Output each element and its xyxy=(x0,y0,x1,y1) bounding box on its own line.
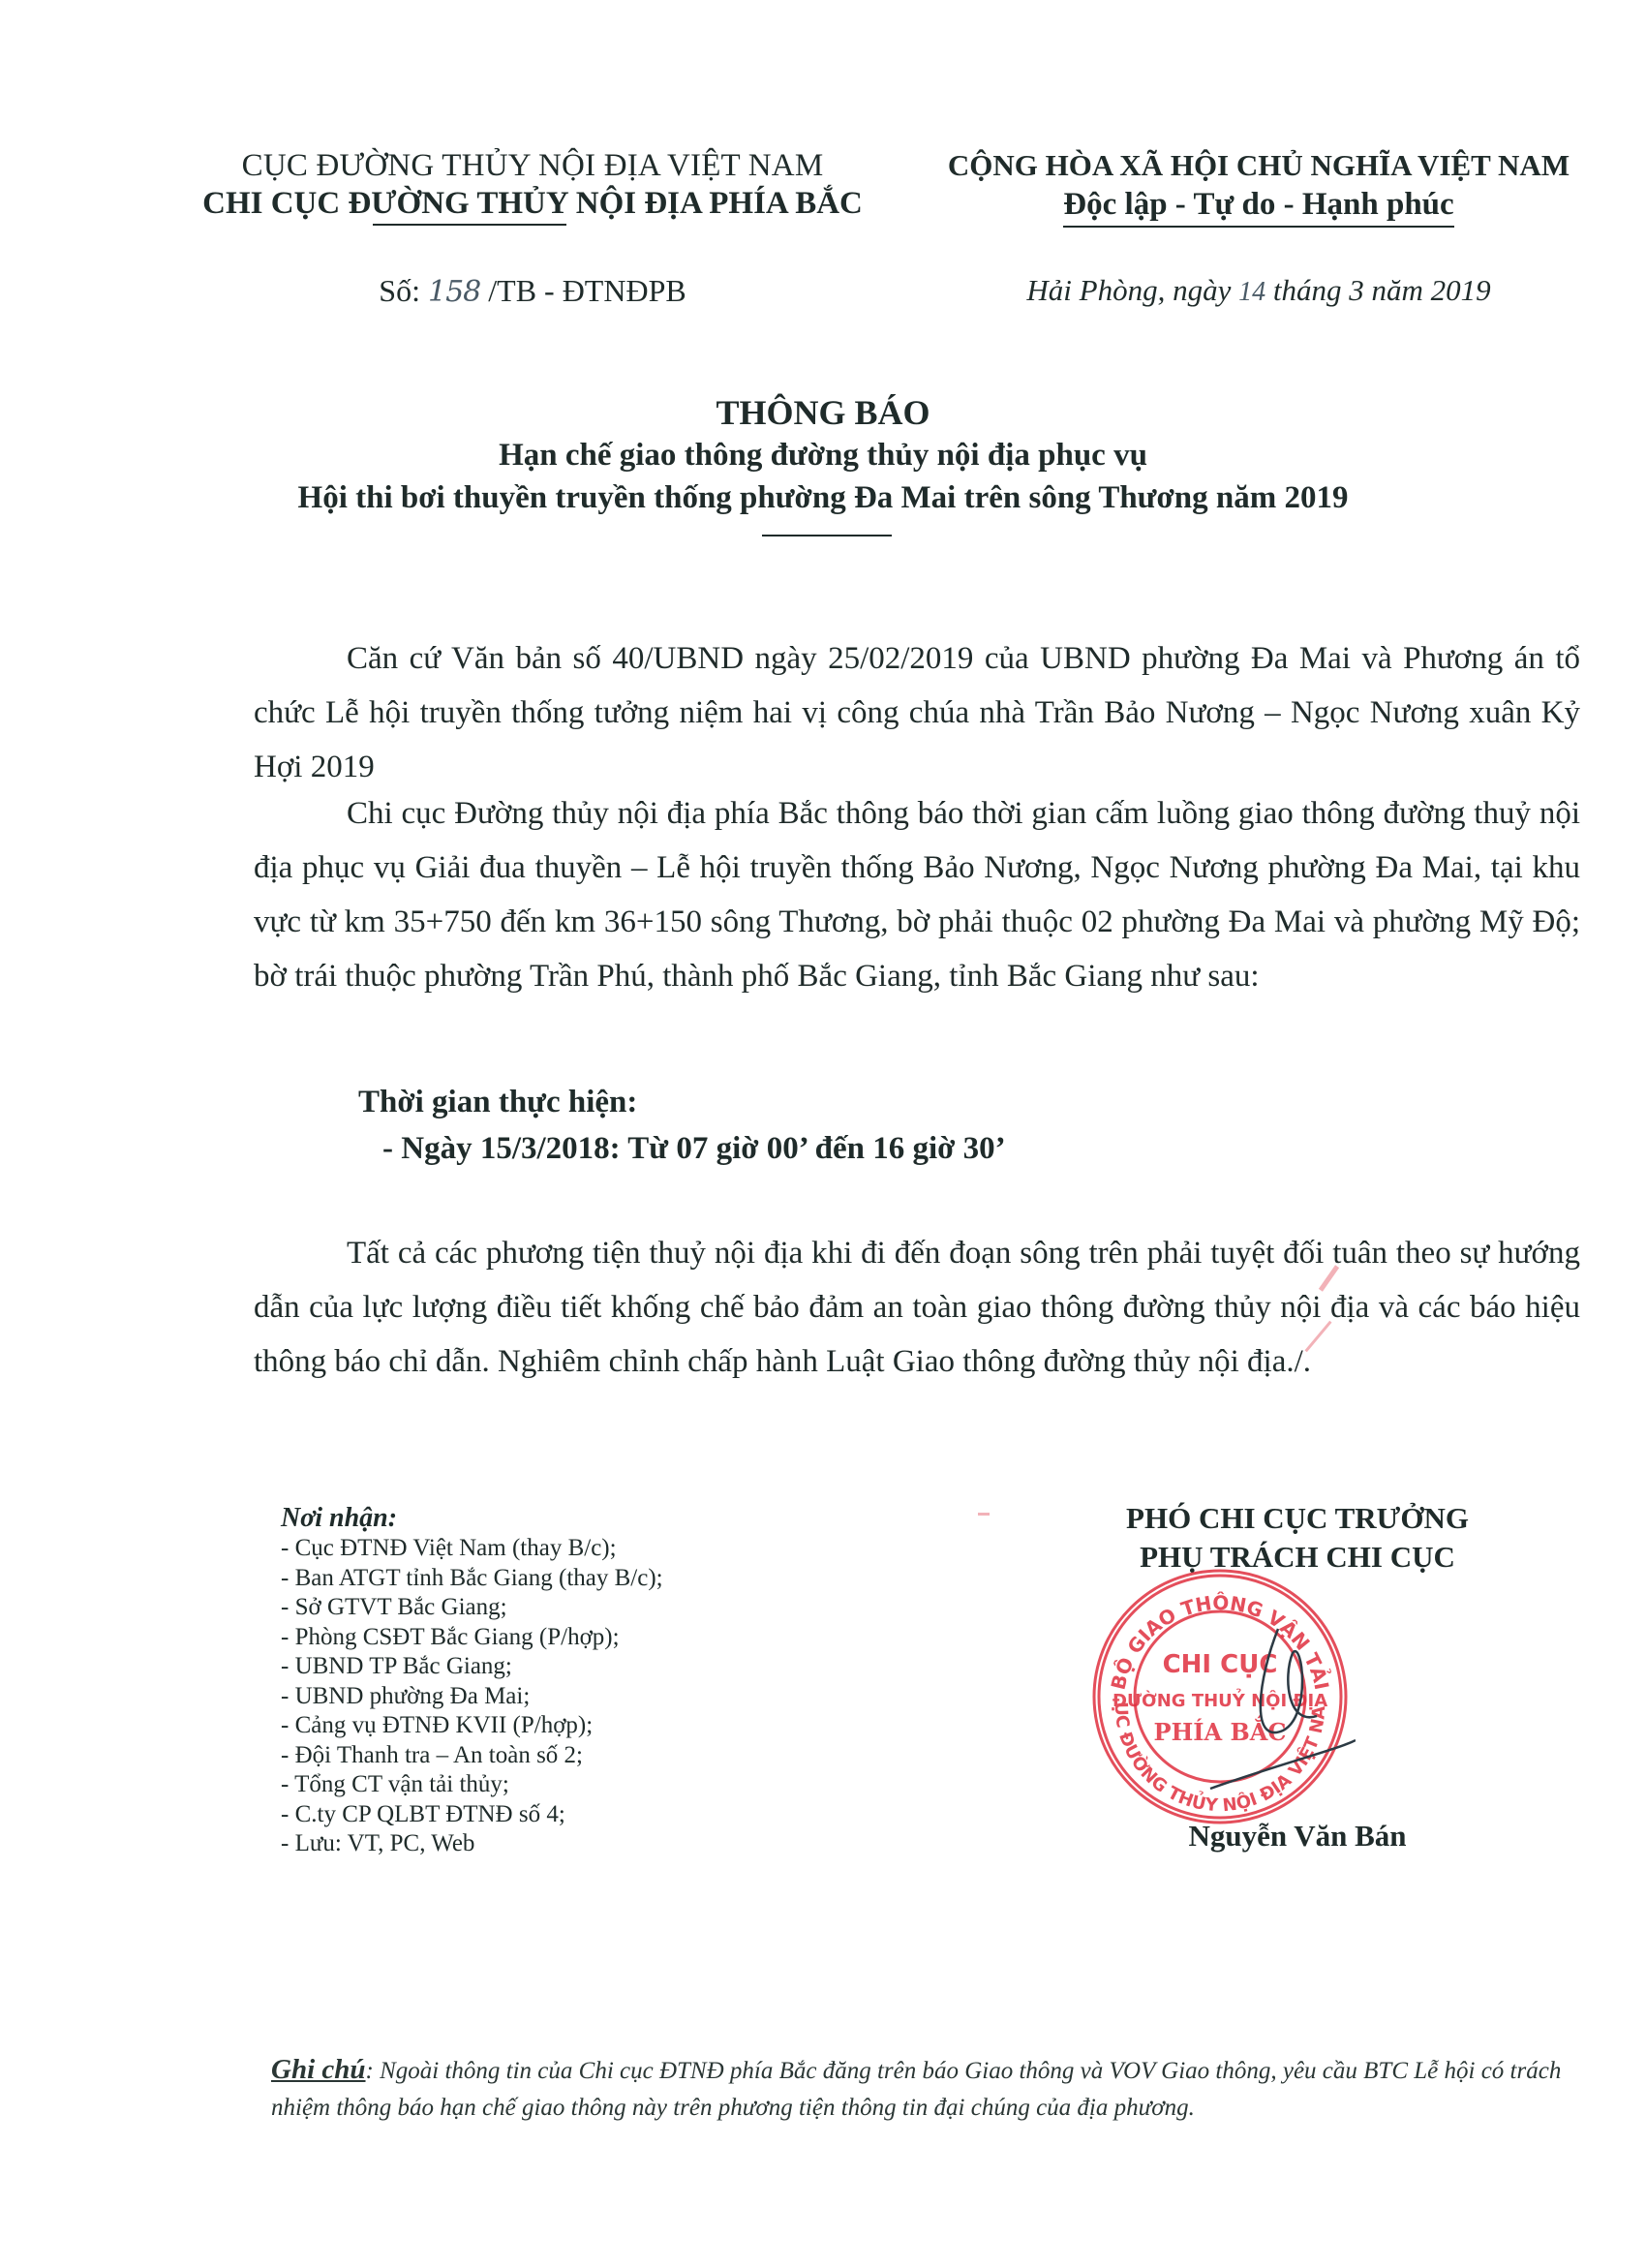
recipient-item: - Đội Thanh tra – An toàn số 2; xyxy=(281,1741,862,1771)
recipients-list: Nơi nhận: - Cục ĐTNĐ Việt Nam (thay B/c)… xyxy=(281,1503,862,1859)
recipients-heading: Nơi nhận: xyxy=(281,1503,862,1534)
issuing-agency-block: CỤC ĐƯỜNG THỦY NỘI ĐỊA VIỆT NAM CHI CỤC … xyxy=(145,147,920,223)
footnote-label: Ghi chú xyxy=(271,2054,366,2085)
national-motto: Độc lập - Tự do - Hạnh phúc xyxy=(1063,184,1453,228)
notice-subtitle-2: Hội thi bơi thuyền truyền thống phường Đ… xyxy=(0,476,1646,519)
issuing-agency: CHI CỤC ĐƯỜNG THỦY NỘI ĐỊA PHÍA BẮC xyxy=(145,184,920,223)
date-prefix: Hải Phòng, ngày xyxy=(1026,273,1231,307)
notice-subtitle-1: Hạn chế giao thông đường thủy nội địa ph… xyxy=(0,434,1646,476)
recipient-item: - Sở GTVT Bắc Giang; xyxy=(281,1593,862,1623)
date-suffix: tháng 3 năm 2019 xyxy=(1273,273,1491,307)
notice-title-block: THÔNG BÁO Hạn chế giao thông đường thủy … xyxy=(0,391,1646,519)
agency-underline xyxy=(373,224,566,226)
paragraph-basis: Căn cứ Văn bản số 40/UBND ngày 25/02/201… xyxy=(254,631,1580,794)
national-title: CỘNG HÒA XÃ HỘI CHỦ NGHĨA VIỆT NAM xyxy=(871,147,1646,184)
recipient-item: - Tổng CT vận tải thủy; xyxy=(281,1770,862,1800)
recipient-item: - Ban ATGT tỉnh Bắc Giang (thay B/c); xyxy=(281,1564,862,1594)
signer-name: Nguyễn Văn Bán xyxy=(1055,1819,1539,1854)
recipient-item: - UBND phường Đa Mai; xyxy=(281,1682,862,1712)
recipient-item: - UBND TP Bắc Giang; xyxy=(281,1652,862,1682)
national-header-block: CỘNG HÒA XÃ HỘI CHỦ NGHĨA VIỆT NAM Độc l… xyxy=(871,147,1646,228)
svg-text:CHI CỤC: CHI CỤC xyxy=(1163,1650,1278,1679)
document-number: Số: 158 /TB - ĐTNĐPB xyxy=(145,273,920,309)
date-day-handwritten: 14 xyxy=(1238,277,1265,307)
signer-role-1: PHÓ CHI CỤC TRƯỞNG xyxy=(1055,1499,1539,1538)
recipient-item: - Cảng vụ ĐTNĐ KVII (P/hợp); xyxy=(281,1711,862,1741)
recipient-item: - Cục ĐTNĐ Việt Nam (thay B/c); xyxy=(281,1534,862,1564)
recipient-item: - Phòng CSĐT Bắc Giang (P/hợp); xyxy=(281,1623,862,1653)
doc-number-label: Số: xyxy=(379,273,420,308)
time-item: - Ngày 15/3/2018: Từ 07 giờ 00’ đến 16 g… xyxy=(382,1131,1006,1167)
official-seal-icon: BỘ GIAO THÔNG VẬN TẢI CỤC ĐƯỜNG THỦY NỘI… xyxy=(1084,1561,1356,1832)
doc-number-suffix: /TB - ĐTNĐPB xyxy=(488,273,686,308)
notice-title: THÔNG BÁO xyxy=(0,391,1646,434)
footnote-text: : Ngoài thông tin của Chi cục ĐTNĐ phía … xyxy=(271,2058,1561,2121)
footnote: Ghi chú: Ngoài thông tin của Chi cục ĐTN… xyxy=(271,2051,1607,2127)
recipient-item: - C.ty CP QLBT ĐTNĐ số 4; xyxy=(281,1800,862,1830)
paragraph-requirements: Tất cả các phương tiện thuỷ nội địa khi … xyxy=(254,1226,1580,1389)
doc-number-handwritten: 158 xyxy=(428,275,480,309)
paragraph-announcement: Chi cục Đường thủy nội địa phía Bắc thôn… xyxy=(254,786,1580,1003)
parent-agency: CỤC ĐƯỜNG THỦY NỘI ĐỊA VIỆT NAM xyxy=(145,147,920,184)
date-line: Hải Phòng, ngày 14 tháng 3 năm 2019 xyxy=(871,273,1646,308)
time-label: Thời gian thực hiện: xyxy=(358,1085,637,1120)
ink-mark xyxy=(978,1513,990,1516)
recipient-item: - Lưu: VT, PC, Web xyxy=(281,1829,862,1859)
title-underline xyxy=(762,535,892,536)
